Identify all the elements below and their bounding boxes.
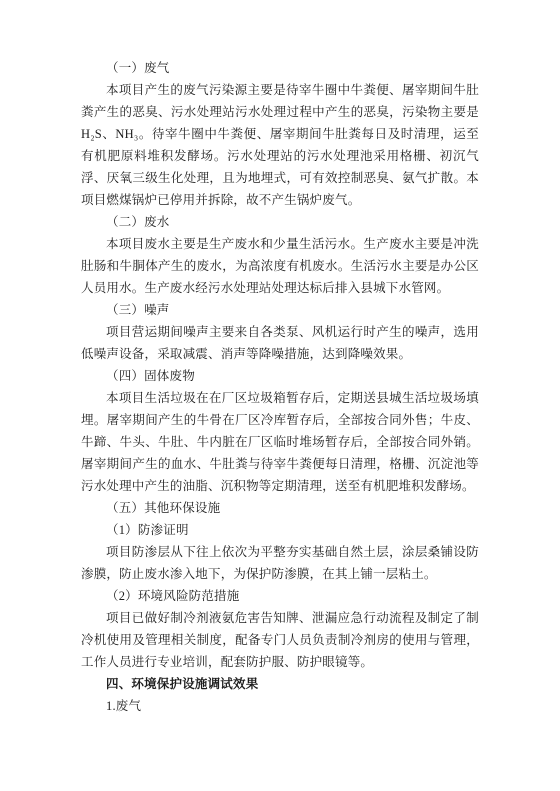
para-item-waste-gas: 1.废气 (81, 695, 479, 717)
para-risk-prevention: 项目已做好制冷剂液氨危害告知牌、泄漏应急行动流程及制定了制冷机使用及管理相关制度… (81, 607, 479, 673)
document-content: （一）废气本项目产生的废气污染源主要是待宰牛圈中牛粪便、屠宰期间牛肚粪产生的恶臭… (81, 57, 479, 717)
subsection-heading-seepage-proof: （1）防渗证明 (81, 519, 479, 541)
para-noise: 项目营运期间噪声主要来自各类泵、风机运行时产生的噪声，选用低噪声设备，采取减震、… (81, 321, 479, 365)
para-solid-waste: 本项目生活垃圾在在厂区垃圾箱暂存后，定期送县城生活垃圾场填埋。屠宰期间产生的牛骨… (81, 387, 479, 497)
document-page: （一）废气本项目产生的废气污染源主要是待宰牛圈中牛粪便、屠宰期间牛肚粪产生的恶臭… (0, 0, 560, 791)
subsection-heading-noise: （三）噪声 (81, 299, 479, 321)
subsection-heading-waste-water: （二）废水 (81, 211, 479, 233)
para-waste-gas: 本项目产生的废气污染源主要是待宰牛圈中牛粪便、屠宰期间牛肚粪产生的恶臭、污水处理… (81, 79, 479, 211)
para-seepage-proof: 项目防渗层从下往上依次为平整夯实基础自然土层，涂层桑铺设防渗膜，防止废水渗入地下… (81, 541, 479, 585)
subsection-heading-waste-gas: （一）废气 (81, 57, 479, 79)
section-heading-facility-debug-effect: 四、环境保护设施调试效果 (81, 673, 479, 695)
subsection-heading-other-env-facilities: （五）其他环保设施 (81, 497, 479, 519)
subsection-heading-solid-waste: （四）固体废物 (81, 365, 479, 387)
para-waste-water: 本项目废水主要是生产废水和少量生活污水。生产废水主要是冲洗肚肠和牛胴体产生的废水… (81, 233, 479, 299)
subsection-heading-risk-prevention: （2）环境风险防范措施 (81, 585, 479, 607)
